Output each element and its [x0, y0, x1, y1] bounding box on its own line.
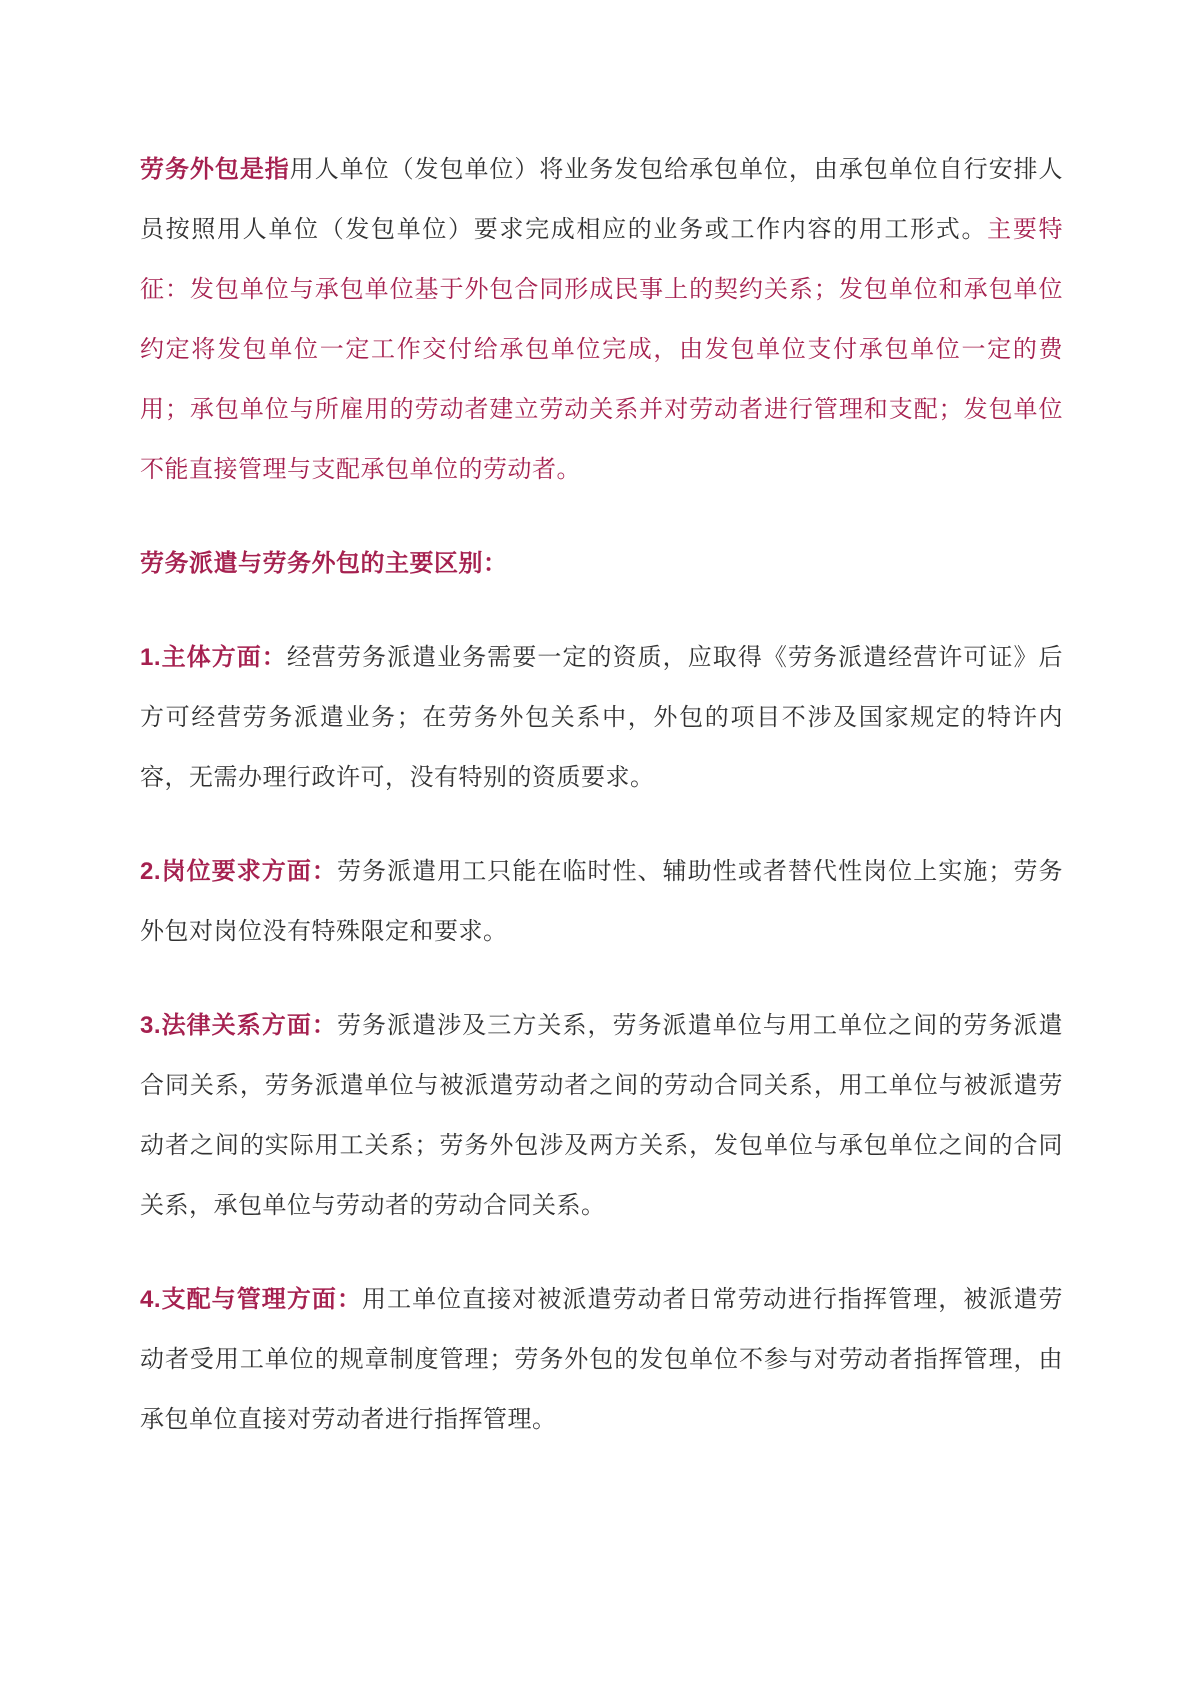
feature-text: 发包单位与承包单位基于外包合同形成民事上的契约关系；发包单位和承包单位约定将发包… — [140, 276, 1063, 483]
item-1-label: 1.主体方面： — [140, 644, 287, 671]
item-2-label: 2.岗位要求方面： — [140, 858, 337, 885]
item-4-label: 4.支配与管理方面： — [140, 1286, 362, 1313]
item-3-text: 劳务派遣涉及三方关系，劳务派遣单位与用工单位之间的劳务派遣合同关系，劳务派遣单位… — [140, 1012, 1063, 1219]
item-2-paragraph: 2.岗位要求方面：劳务派遣用工只能在临时性、辅助性或者替代性岗位上实施；劳务外包… — [140, 842, 1063, 962]
page-content: 劳务外包是指用人单位（发包单位）将业务发包给承包单位，由承包单位自行安排人员按照… — [140, 140, 1063, 1450]
paragraph-definition: 劳务外包是指用人单位（发包单位）将业务发包给承包单位，由承包单位自行安排人员按照… — [140, 140, 1063, 500]
item-3-paragraph: 3.法律关系方面：劳务派遣涉及三方关系，劳务派遣单位与用工单位之间的劳务派遣合同… — [140, 996, 1063, 1236]
item-3-label: 3.法律关系方面： — [140, 1012, 337, 1039]
item-1-paragraph: 1.主体方面：经营劳务派遣业务需要一定的资质，应取得《劳务派遣经营许可证》后方可… — [140, 628, 1063, 808]
term-lead: 劳务外包是指 — [140, 156, 290, 183]
item-4-paragraph: 4.支配与管理方面：用工单位直接对被派遣劳动者日常劳动进行指挥管理，被派遣劳动者… — [140, 1270, 1063, 1450]
document-page: 劳务外包是指用人单位（发包单位）将业务发包给承包单位，由承包单位自行安排人员按照… — [0, 0, 1191, 1684]
section-heading: 劳务派遣与劳务外包的主要区别： — [140, 534, 1063, 594]
